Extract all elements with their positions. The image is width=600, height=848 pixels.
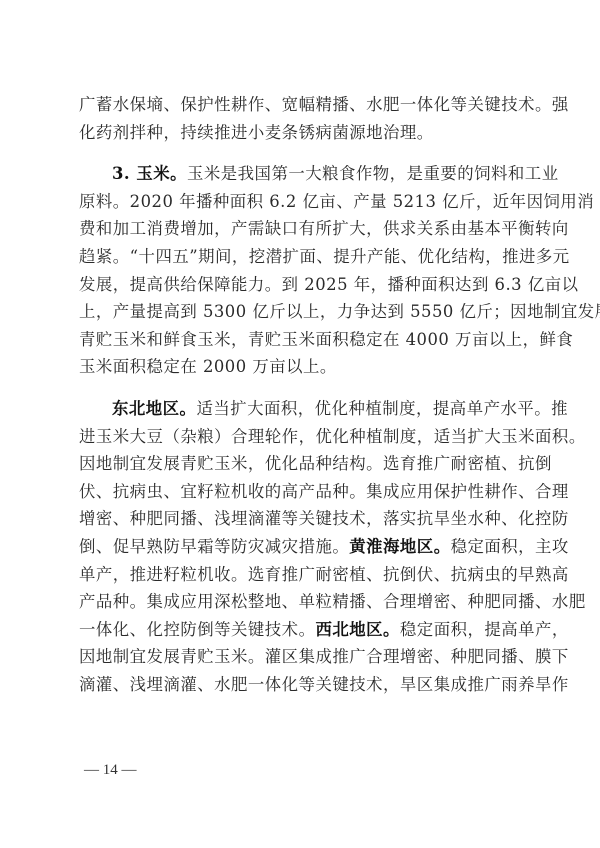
region-heading-northwest: 西北地区。 [315, 620, 399, 639]
text-line: 费和加工消费增加，产需缺口有所扩大，供求关系由基本平衡转向 [79, 215, 522, 243]
text-line: 因地制宜发展青贮玉米，优化品种结构。选育推广耐密植、抗倒 [79, 450, 522, 478]
text-line: 上，产量提高到 5300 亿斤以上，力争达到 5550 亿斤；因地制宜发展 [79, 298, 522, 326]
text-span: 稳定面积，主攻 [451, 537, 569, 556]
section-heading: 3. 玉米。 [112, 164, 187, 183]
text-line: 因地制宜发展青贮玉米。灌区集成推广合理增密、种肥同播、膜下 [79, 643, 522, 671]
text-line: 伏、抗病虫、宜籽粒机收的高产品种。集成应用保护性耕作、合理 [79, 478, 522, 506]
text-line: 青贮玉米和鲜食玉米，青贮玉米面积稳定在 4000 万亩以上，鲜食 [79, 326, 522, 354]
text-span: 玉米是我国第一大粮食作物，是重要的饲料和工业 [187, 164, 559, 183]
text-line: 化药剂拌种，持续推进小麦条锈病菌源地治理。 [79, 119, 522, 147]
text-span: 适当扩大面积，优化种植制度，提高单产水平。推 [196, 399, 568, 418]
text-line: 进玉米大豆（杂粮）合理轮作，优化种植制度，适当扩大玉米面积。 [79, 423, 522, 451]
region-heading-line: 东北地区。适当扩大面积，优化种植制度，提高单产水平。推 [79, 395, 522, 423]
text-line: 趋紧。“十四五”期间，挖潜扩面、提升产能、优化结构，推进多元 [79, 243, 522, 271]
section-heading-line: 3. 玉米。玉米是我国第一大粮食作物，是重要的饲料和工业 [79, 160, 522, 188]
text-span: 一体化、化控防倒等关键技术。 [79, 620, 315, 639]
page-number: — 14 — [84, 762, 137, 779]
text-line: 广蓄水保墒、保护性耕作、宽幅精播、水肥一体化等关键技术。强 [79, 91, 522, 119]
region-heading-northeast: 东北地区。 [112, 399, 196, 418]
text-line: 倒、促早熟防早霜等防灾减灾措施。黄淮海地区。稳定面积，主攻 [79, 533, 522, 561]
text-line: 发展，提高供给保障能力。到 2025 年，播种面积达到 6.3 亿亩以 [79, 271, 522, 299]
text-line: 滴灌、浅埋滴灌、水肥一体化等关键技术，旱区集成推广雨养旱作 [79, 671, 522, 699]
text-span: 稳定面积，提高单产， [400, 620, 569, 639]
region-heading-huanghuaihai: 黄淮海地区。 [349, 537, 450, 556]
text-line: 原料。2020 年播种面积 6.2 亿亩、产量 5213 亿斤，近年因饲用消 [79, 188, 522, 216]
document-page: 广蓄水保墒、保护性耕作、宽幅精播、水肥一体化等关键技术。强 化药剂拌种，持续推进… [79, 91, 522, 698]
text-line: 一体化、化控防倒等关键技术。西北地区。稳定面积，提高单产， [79, 616, 522, 644]
text-line: 产品种。集成应用深松整地、单粒精播、合理增密、种肥同播、水肥 [79, 588, 522, 616]
text-span: 倒、促早熟防早霜等防灾减灾措施。 [79, 537, 349, 556]
text-line: 单产，推进籽粒机收。选育推广耐密植、抗倒伏、抗病虫的早熟高 [79, 561, 522, 589]
text-line: 玉米面积稳定在 2000 万亩以上。 [79, 353, 522, 381]
text-line: 增密、种肥同播、浅埋滴灌等关键技术，落实抗旱坐水种、化控防 [79, 505, 522, 533]
